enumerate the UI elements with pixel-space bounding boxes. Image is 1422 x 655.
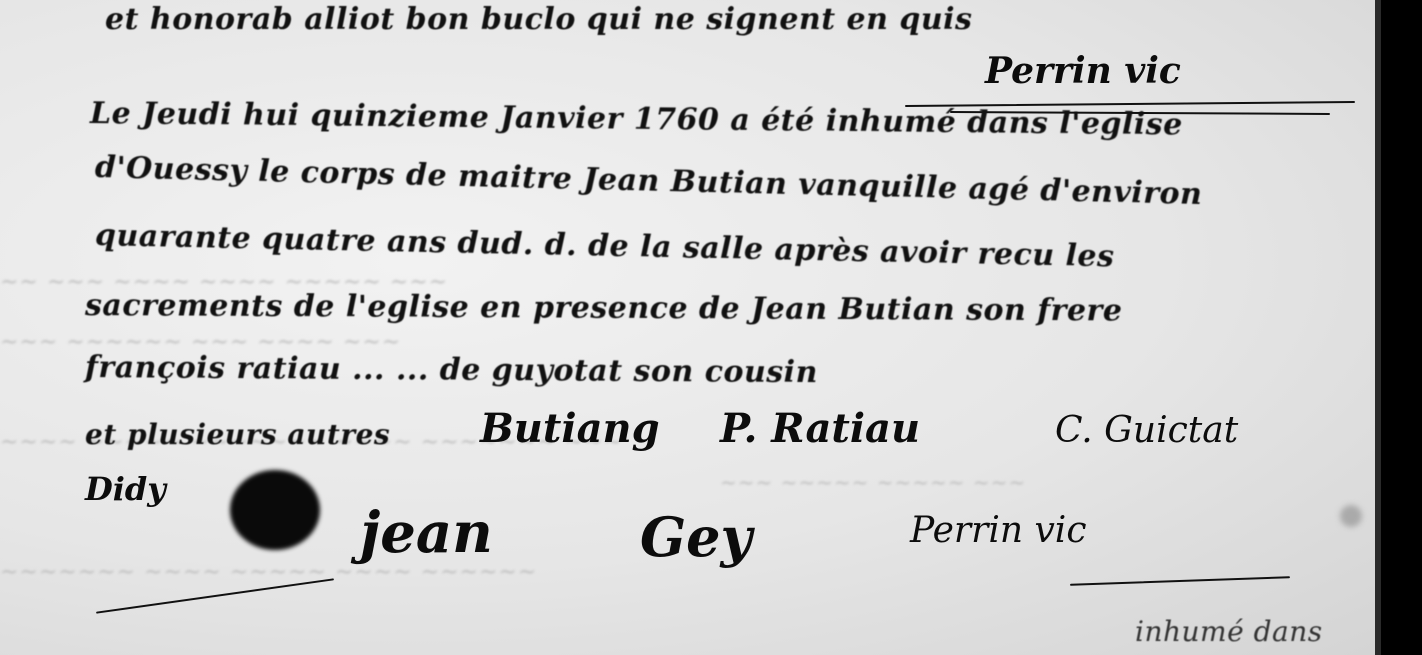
signature-guictat: C. Guictat — [1055, 410, 1238, 451]
bleed-through-text: ~~~ ~~~~~ ~~~~~ ~~~ — [720, 470, 1026, 494]
signature-ratiau: P. Ratiau — [720, 405, 920, 452]
manuscript-line-6: françois ratiau ... ... de guyotat son c… — [85, 350, 818, 390]
manuscript-page: ~~ ~~~ ~~~~ ~~~~ ~~~~~ ~~~ ~~~ ~~~~~~ ~~… — [0, 0, 1381, 655]
signature-gey: Gey — [640, 505, 752, 569]
signature-butiang: Butiang — [480, 405, 660, 452]
manuscript-line-2: Le Jeudi hui quinzieme Janvier 1760 a ét… — [90, 96, 1183, 142]
manuscript-line-7: et plusieurs autres — [85, 418, 390, 451]
signature-perrin-vic-bottom: Perrin vic — [910, 510, 1086, 551]
signature-perrin-vic-top: Perrin vic — [985, 50, 1181, 92]
manuscript-next-entry-fragment: inhumé dans — [1135, 615, 1323, 648]
manuscript-line-3: d'Ouessy le corps de maitre Jean Butian … — [95, 150, 1203, 212]
signature-didy: Didy — [85, 470, 166, 508]
manuscript-line-5: sacrements de l'eglise en presence de Je… — [85, 288, 1123, 328]
manuscript-line-4: quarante quatre ans dud. d. de la salle … — [95, 218, 1115, 274]
manuscript-line-1: et honorab alliot bon buclo qui ne signe… — [105, 2, 972, 37]
signature-jean: jean — [360, 500, 493, 566]
